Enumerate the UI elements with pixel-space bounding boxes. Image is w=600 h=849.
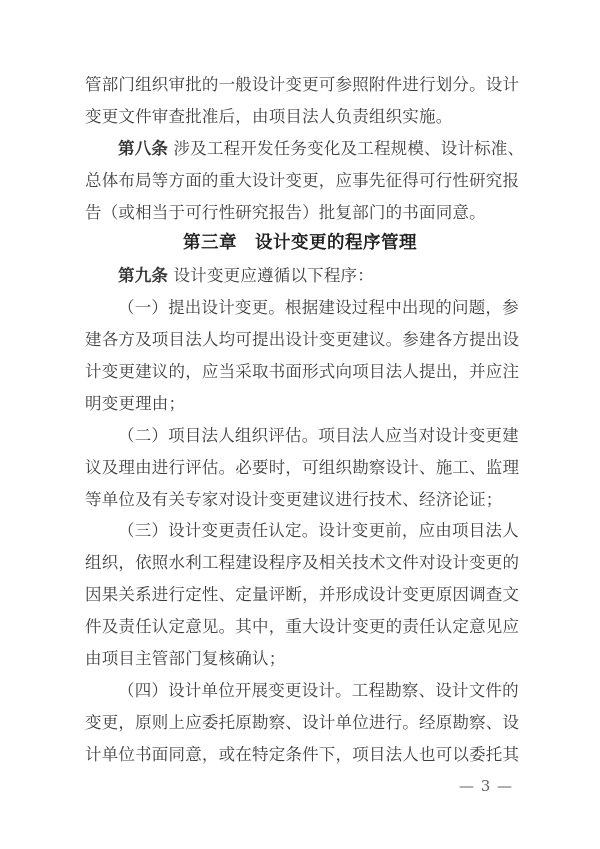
text-segment: 议及理由进行评估。必要时，可组织勘察设计、施工、监理 <box>85 458 519 477</box>
text-segment: 管部门组织审批的一般设计变更可参照附件进行划分。设计 <box>85 75 519 94</box>
page-footer: — 3 — <box>0 774 600 798</box>
text-line: 建各方及项目法人均可提出设计变更建议。参建各方提出设 <box>85 324 545 356</box>
text-line: （二）项目法人组织评估。项目法人应当对设计变更建 <box>85 420 545 452</box>
document-body: 管部门组织审批的一般设计变更可参照附件进行划分。设计变更文件审查批准后，由项目法… <box>85 69 545 771</box>
text-segment: 变更，原则上应委托原勘察、设计单位进行。经原勘察、设 <box>85 713 519 732</box>
text-line: 由项目主管部门复核确认； <box>85 643 545 675</box>
text-line: 第九条 设计变更应遵循以下程序： <box>85 260 545 292</box>
text-segment: 设计变更应遵循以下程序： <box>168 266 374 285</box>
text-segment: （四）设计单位开展变更设计。工程勘察、设计文件的 <box>118 681 519 700</box>
text-line: 组织，依照水利工程建设程序及相关技术文件对设计变更的 <box>85 547 545 579</box>
text-segment: 告（或相当于可行性研究报告）批复部门的书面同意。 <box>85 203 486 222</box>
text-segment: 明变更理由； <box>85 394 185 413</box>
text-line: 变更文件审查批准后，由项目法人负责组织实施。 <box>85 101 545 133</box>
text-segment: 计变更建议的，应当采取书面形式向项目法人提出，并应注 <box>85 362 519 381</box>
text-line: 议及理由进行评估。必要时，可组织勘察设计、施工、监理 <box>85 452 545 484</box>
text-segment: 建各方及项目法人均可提出设计变更建议。参建各方提出设 <box>85 330 519 349</box>
text-segment: （一）提出设计变更。根据建设过程中出现的问题，参 <box>118 298 519 317</box>
text-line: 计变更建议的，应当采取书面形式向项目法人提出，并应注 <box>85 356 545 388</box>
text-line: 总体布局等方面的重大设计变更，应事先征得可行性研究报 <box>85 165 545 197</box>
article-number-label: 第九条 <box>118 266 168 285</box>
text-line: 件及责任认定意见。其中，重大设计变更的责任认定意见应 <box>85 611 545 643</box>
article-number-label: 第八条 <box>118 139 168 158</box>
page-number: — 3 — <box>440 774 532 798</box>
text-line: 第八条 涉及工程开发任务变化及工程规模、设计标准、 <box>85 133 545 165</box>
text-line: （三）设计变更责任认定。设计变更前，应由项目法人 <box>85 515 545 547</box>
text-segment: （二）项目法人组织评估。项目法人应当对设计变更建 <box>118 426 519 445</box>
text-line: 变更，原则上应委托原勘察、设计单位进行。经原勘察、设 <box>85 707 545 739</box>
text-segment: 等单位及有关专家对设计变更建议进行技术、经济论证； <box>85 490 503 509</box>
text-line: （四）设计单位开展变更设计。工程勘察、设计文件的 <box>85 675 545 707</box>
text-segment: 涉及工程开发任务变化及工程规模、设计标准、 <box>168 139 524 158</box>
text-segment: 件及责任认定意见。其中，重大设计变更的责任认定意见应 <box>85 617 519 636</box>
text-line: 告（或相当于可行性研究报告）批复部门的书面同意。 <box>85 197 545 229</box>
chapter-heading: 第三章 设计变更的程序管理 <box>85 228 515 260</box>
text-line: 等单位及有关专家对设计变更建议进行技术、经济论证； <box>85 484 545 516</box>
text-segment: （三）设计变更责任认定。设计变更前，应由项目法人 <box>118 521 519 540</box>
text-line: 计单位书面同意，或在特定条件下，项目法人也可以委托其 <box>85 739 545 771</box>
text-segment: 组织，依照水利工程建设程序及相关技术文件对设计变更的 <box>85 553 519 572</box>
text-line: 管部门组织审批的一般设计变更可参照附件进行划分。设计 <box>85 69 545 101</box>
document-page: 管部门组织审批的一般设计变更可参照附件进行划分。设计变更文件审查批准后，由项目法… <box>0 0 600 849</box>
text-segment: 总体布局等方面的重大设计变更，应事先征得可行性研究报 <box>85 171 519 190</box>
text-line: 明变更理由； <box>85 388 545 420</box>
text-segment: 变更文件审查批准后，由项目法人负责组织实施。 <box>85 107 452 126</box>
text-segment: 计单位书面同意，或在特定条件下，项目法人也可以委托其 <box>85 745 519 764</box>
text-line: 因果关系进行定性、定量评断，并形成设计变更原因调查文 <box>85 579 545 611</box>
text-segment: 由项目主管部门复核确认； <box>85 649 285 668</box>
text-line: （一）提出设计变更。根据建设过程中出现的问题，参 <box>85 292 545 324</box>
text-segment: 因果关系进行定性、定量评断，并形成设计变更原因调查文 <box>85 585 519 604</box>
